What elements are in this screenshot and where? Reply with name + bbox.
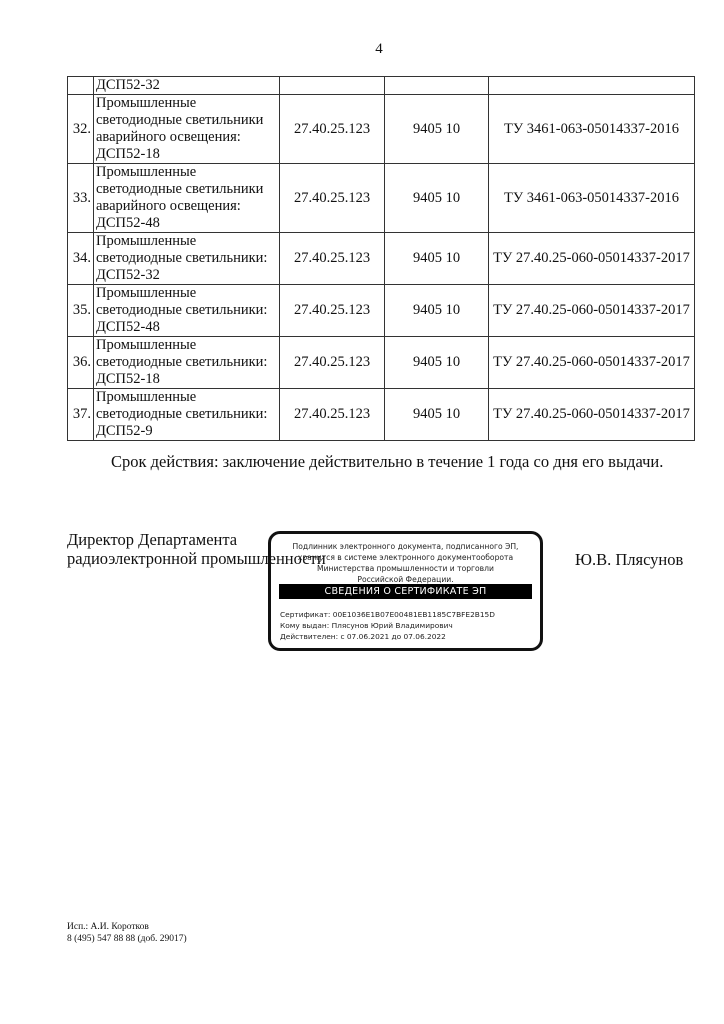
cell-okpd: 27.40.25.123	[280, 389, 385, 441]
stamp-validity-period: Действителен: с 07.06.2021 до 07.06.2022	[280, 631, 495, 642]
footer-executor: Исп.: А.И. Коротков 8 (495) 547 88 88 (д…	[67, 921, 187, 945]
electronic-signature-stamp: Подлинник электронного документа, подпис…	[268, 531, 543, 651]
validity-statement: Срок действия: заключение действительно …	[111, 452, 663, 472]
stamp-title-bar: СВЕДЕНИЯ О СЕРТИФИКАТЕ ЭП	[279, 584, 532, 599]
cell-name: Промышленныесветодиодные светильники:ДСП…	[94, 389, 280, 441]
executor-name: Исп.: А.И. Коротков	[67, 921, 187, 933]
cell-name-line: светодиодные светильники	[96, 181, 277, 198]
stamp-header-line: хранится в системе электронного документ…	[271, 552, 540, 563]
table-row: 37.Промышленныесветодиодные светильники:…	[68, 389, 695, 441]
cell-okpd	[280, 77, 385, 95]
cell-name: Промышленныесветодиодные светильникиавар…	[94, 164, 280, 233]
cell-tnved: 9405 10	[385, 337, 489, 389]
cell-name-line: светодиодные светильники:	[96, 302, 277, 319]
table-row: 35.Промышленныесветодиодные светильники:…	[68, 285, 695, 337]
cell-tnved: 9405 10	[385, 285, 489, 337]
table-row: 34.Промышленныесветодиодные светильники:…	[68, 233, 695, 285]
stamp-certificate-info: Сертификат: 00E1036E1B07E00481EB1185C7BF…	[280, 609, 495, 642]
cell-num: 33.	[68, 164, 94, 233]
cell-name-line: ДСП52-18	[96, 146, 277, 163]
cell-num: 37.	[68, 389, 94, 441]
cell-name-line: ДСП52-18	[96, 371, 277, 388]
cell-name-line: Промышленные	[96, 337, 277, 354]
cell-tu: ТУ 27.40.25-060-05014337-2017	[489, 389, 695, 441]
table-row-continuation: ДСП52-32	[68, 77, 695, 95]
cell-num	[68, 77, 94, 95]
cell-tnved: 9405 10	[385, 389, 489, 441]
cell-name: Промышленныесветодиодные светильники:ДСП…	[94, 233, 280, 285]
products-table: ДСП52-32 32.Промышленныесветодиодные све…	[67, 76, 695, 441]
cell-name-line: Промышленные	[96, 389, 277, 406]
stamp-header-line: Министерства промышленности и торговли	[271, 563, 540, 574]
cell-name-line: светодиодные светильники:	[96, 250, 277, 267]
page-number: 4	[0, 41, 724, 58]
cell-name-line: светодиодные светильники:	[96, 354, 277, 371]
stamp-header-line: Подлинник электронного документа, подпис…	[271, 541, 540, 552]
stamp-certificate-number: Сертификат: 00E1036E1B07E00481EB1185C7BF…	[280, 609, 495, 620]
cell-tu	[489, 77, 695, 95]
cell-okpd: 27.40.25.123	[280, 164, 385, 233]
cell-tnved: 9405 10	[385, 164, 489, 233]
table-row: 33.Промышленныесветодиодные светильникиа…	[68, 164, 695, 233]
cell-name-line: ДСП52-48	[96, 319, 277, 336]
cell-tu: ТУ 27.40.25-060-05014337-2017	[489, 337, 695, 389]
cell-okpd: 27.40.25.123	[280, 95, 385, 164]
cell-name-line: Промышленные	[96, 95, 277, 112]
stamp-header: Подлинник электронного документа, подпис…	[271, 541, 540, 585]
signatory-name: Ю.В. Плясунов	[575, 550, 683, 570]
cell-tnved: 9405 10	[385, 95, 489, 164]
cell-name-line: светодиодные светильники	[96, 112, 277, 129]
table-row: 36.Промышленныесветодиодные светильники:…	[68, 337, 695, 389]
table-row: 32.Промышленныесветодиодные светильникиа…	[68, 95, 695, 164]
cell-name-line: аварийного освещения:	[96, 129, 277, 146]
cell-name-line: ДСП52-32	[96, 267, 277, 284]
cell-okpd: 27.40.25.123	[280, 337, 385, 389]
cell-name: Промышленныесветодиодные светильники:ДСП…	[94, 337, 280, 389]
cell-name: Промышленныесветодиодные светильникиавар…	[94, 95, 280, 164]
cell-num: 36.	[68, 337, 94, 389]
cell-name-line: Промышленные	[96, 164, 277, 181]
executor-phone: 8 (495) 547 88 88 (доб. 29017)	[67, 933, 187, 945]
cell-name-line: Промышленные	[96, 233, 277, 250]
cell-tnved: 9405 10	[385, 233, 489, 285]
cell-okpd: 27.40.25.123	[280, 285, 385, 337]
cell-name-line: светодиодные светильники:	[96, 406, 277, 423]
stamp-issued-to: Кому выдан: Плясунов Юрий Владимирович	[280, 620, 495, 631]
cell-name-line: ДСП52-9	[96, 423, 277, 440]
cell-name-line: ДСП52-48	[96, 215, 277, 232]
cell-okpd: 27.40.25.123	[280, 233, 385, 285]
cell-tu: ТУ 27.40.25-060-05014337-2017	[489, 233, 695, 285]
cell-name-line: Промышленные	[96, 285, 277, 302]
cell-tnved	[385, 77, 489, 95]
cell-tu: ТУ 27.40.25-060-05014337-2017	[489, 285, 695, 337]
cell-name: Промышленныесветодиодные светильники:ДСП…	[94, 285, 280, 337]
cell-name-line: аварийного освещения:	[96, 198, 277, 215]
cell-name: ДСП52-32	[94, 77, 280, 95]
cell-num: 34.	[68, 233, 94, 285]
cell-tu: ТУ 3461-063-05014337-2016	[489, 164, 695, 233]
cell-tu: ТУ 3461-063-05014337-2016	[489, 95, 695, 164]
cell-num: 35.	[68, 285, 94, 337]
cell-num: 32.	[68, 95, 94, 164]
